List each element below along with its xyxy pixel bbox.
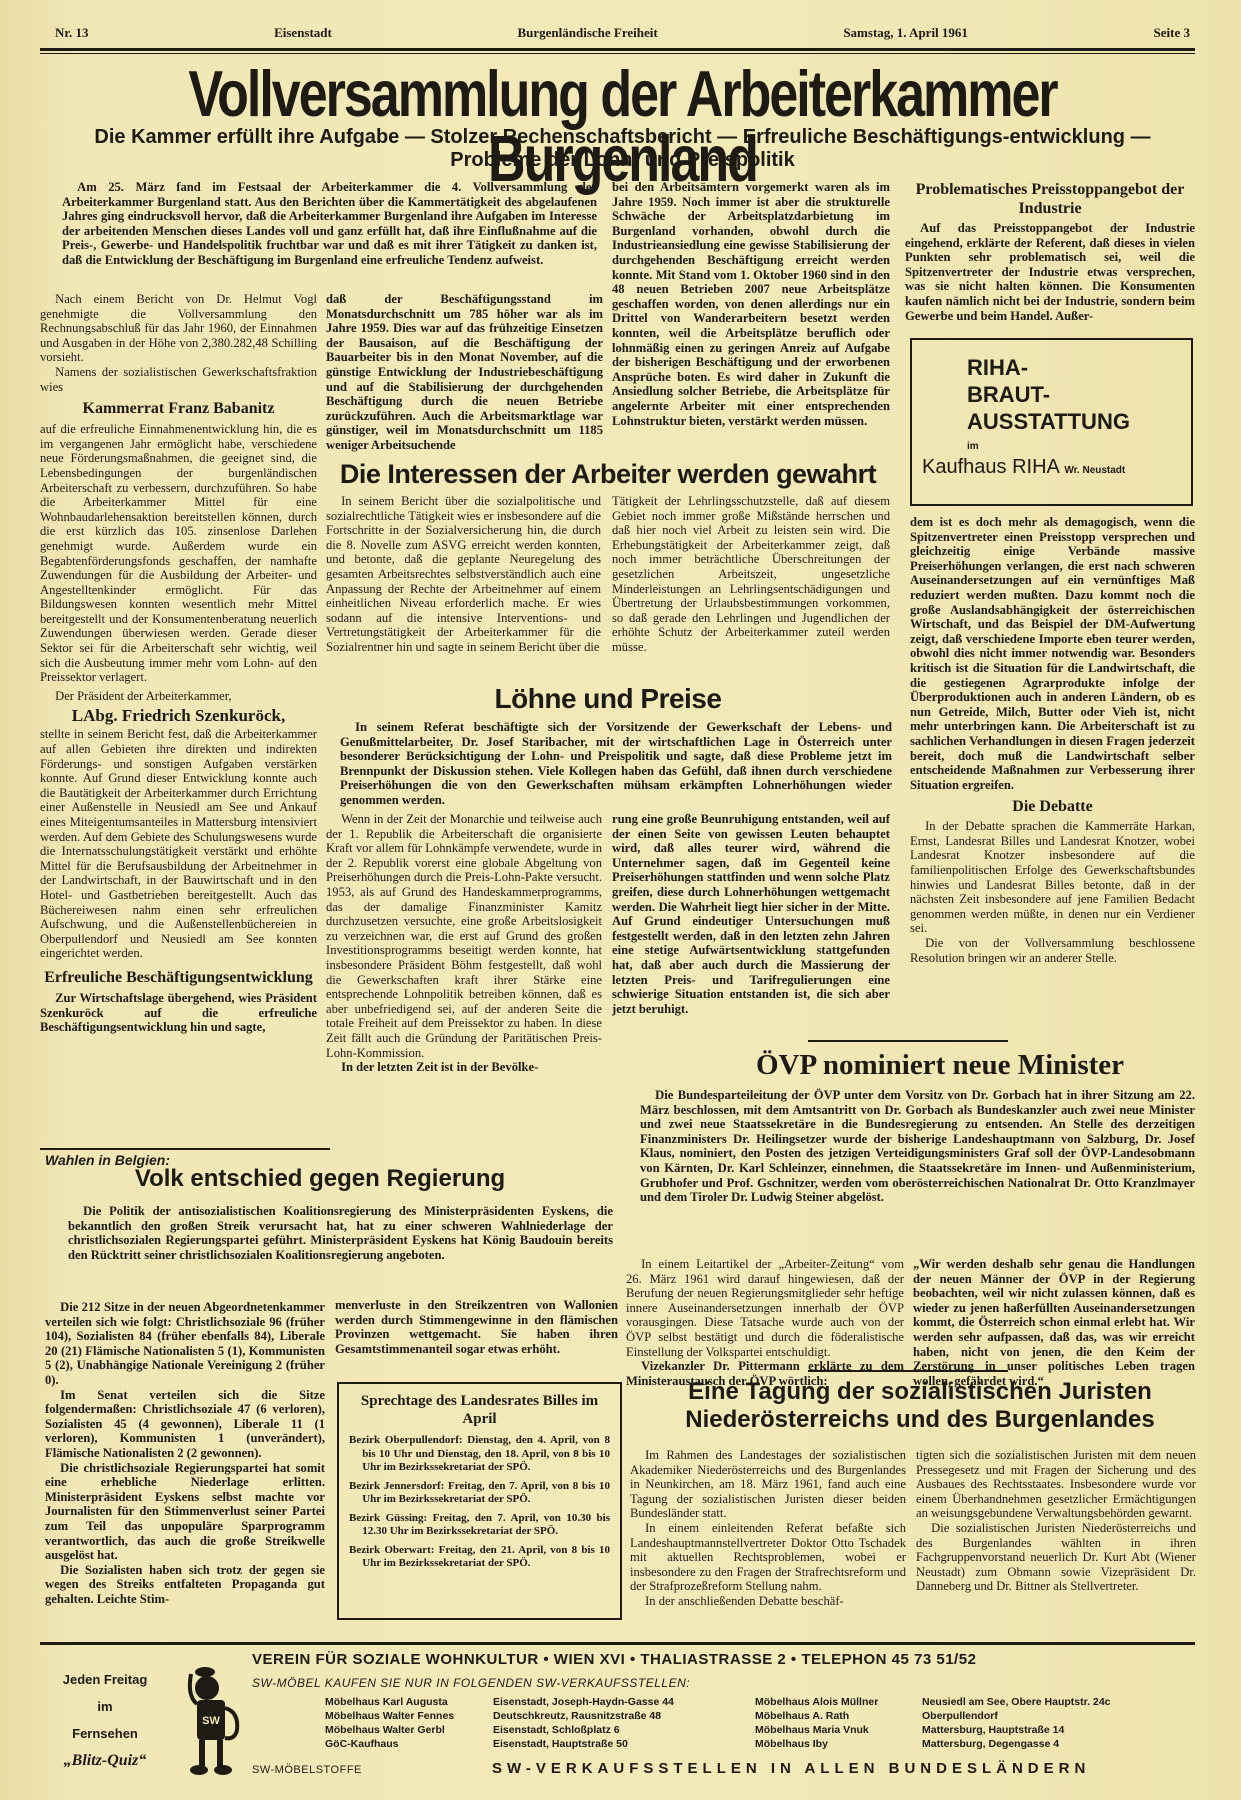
sprechtage-item: Bezirk Jennersdorf: Freitag, den 7. Apri… (349, 1480, 610, 1507)
sw-stores-left-addresses: Eisenstadt, Joseph-Haydn-Gasse 44 Deutsc… (493, 1695, 743, 1751)
paragraph: tigten sich die sozialistischen Juristen… (916, 1448, 1196, 1521)
paragraph: dem ist es doch mehr als demagogisch, we… (910, 515, 1195, 792)
oevp-col-b: „Wir werden deshalb sehr genau die Handl… (913, 1257, 1195, 1388)
section-rule (808, 1370, 1008, 1372)
paragraph: Die Sozialisten haben sich trotz der geg… (45, 1563, 325, 1607)
juristen-col-a: Im Rahmen des Landestages der sozialisti… (630, 1448, 906, 1609)
paragraph: Auf das Preisstoppangebot der Industrie … (905, 221, 1195, 323)
masthead: Nr. 13 Eisenstadt Burgenländische Freihe… (55, 18, 1190, 48)
paragraph: Die 212 Sitze in der neuen Abgeordnetenk… (45, 1300, 325, 1388)
store-name: Möbelhaus Walter Fennes (325, 1709, 495, 1723)
paragraph: Wenn in der Zeit der Monarchie und teilw… (326, 812, 602, 1060)
column-rule (40, 1148, 330, 1150)
ad-top-rule (40, 1642, 1195, 1645)
riha-line1: RIHA- (967, 354, 1191, 381)
subhead-beschaeftigung: Erfreuliche Beschäftigungsentwicklung (40, 969, 317, 987)
sprechtage-item: Bezirk Oberwart: Freitag, den 21. April,… (349, 1544, 610, 1571)
sw-stores-left-names: Möbelhaus Karl Augusta Möbelhaus Walter … (325, 1695, 495, 1751)
paragraph: Der Präsident der Arbeiterkammer, (40, 689, 317, 704)
sw-left-line4: „Blitz-Quiz“ (40, 1747, 170, 1774)
sw-header: VEREIN FÜR SOZIALE WOHNKULTUR • WIEN XVI… (252, 1651, 1202, 1668)
store-name: Möbelhaus A. Rath (755, 1709, 925, 1723)
lead-column-2: daß der Beschäftigungsstand im Monatsdur… (326, 292, 603, 453)
riha-advertisement: RIHA- BRAUT- AUSSTATTUNG im Kaufhaus RIH… (910, 338, 1193, 506)
loehne-headline: Löhne und Preise (326, 682, 890, 716)
paragraph: In einem einleitenden Referat befaßte si… (630, 1521, 906, 1594)
sprechtage-item: Bezirk Güssing: Freitag, den 7. April, v… (349, 1512, 610, 1539)
store-address: Oberpullendorf (922, 1709, 1192, 1723)
sprechtage-box: Sprechtage des Landesrates Billes im Apr… (337, 1382, 622, 1620)
store-address: Neusiedl am See, Obere Hauptstr. 24c (922, 1695, 1192, 1709)
belgien-headline: Volk entschied gegen Regierung (40, 1164, 600, 1194)
paragraph: Zur Wirtschaftslage übergehend, wies Prä… (40, 991, 317, 1035)
paragraph: In einem Leitartikel der „Arbeiter-Zeitu… (626, 1257, 904, 1359)
loehne-col-a: Wenn in der Zeit der Monarchie und teilw… (326, 812, 602, 1075)
loehne-intro: In seinem Referat beschäftigte sich der … (340, 720, 892, 808)
store-name: GöC-Kaufhaus (325, 1737, 495, 1751)
paragraph: Nach einem Bericht von Dr. Helmut Vogl g… (40, 292, 317, 365)
riha-store-line: Kaufhaus RIHA Wr. Neustadt (922, 456, 1191, 479)
riha-line3: AUSSTATTUNG (967, 408, 1191, 435)
store-address: Eisenstadt, Joseph-Haydn-Gasse 44 (493, 1695, 743, 1709)
store-address: Mattersburg, Hauptstraße 14 (922, 1723, 1192, 1737)
store-name: Möbelhaus Iby (755, 1737, 925, 1751)
belgien-intro: Die Politik der antisozialistischen Koal… (68, 1204, 613, 1262)
sw-stores-right-addresses: Neusiedl am See, Obere Hauptstr. 24c Obe… (922, 1695, 1192, 1751)
oevp-intro: Die Bundesparteileitung der ÖVP unter de… (640, 1088, 1195, 1205)
preisstopp-continued: dem ist es doch mehr als demagogisch, we… (910, 515, 1195, 965)
paragraph: Die sozialistischen Juristen Niederöster… (916, 1521, 1196, 1594)
lead-intro: Am 25. März fand im Festsaal der Arbeite… (62, 180, 597, 268)
interessen-col-a: In seinem Bericht über die sozialpolitis… (326, 494, 601, 655)
paragraph: In der anschließenden Debatte beschäf- (630, 1594, 906, 1609)
store-address: Deutschkreutz, Rausnitzstraße 48 (493, 1709, 743, 1723)
store-name: Möbelhaus Alois Müllner (755, 1695, 925, 1709)
juristen-headline: Eine Tagung der sozialistischen Juristen… (640, 1378, 1200, 1434)
sw-stores-right-names: Möbelhaus Alois Müllner Möbelhaus A. Rat… (755, 1695, 925, 1751)
store-name: Möbelhaus Karl Augusta (325, 1695, 495, 1709)
newspaper-page: Nr. 13 Eisenstadt Burgenländische Freihe… (0, 0, 1241, 1800)
paragraph: auf die erfreuliche Einnahmenentwicklung… (40, 422, 317, 685)
sw-subheader: SW-MÖBEL KAUFEN SIE NUR IN FOLGENDEN SW-… (252, 1676, 690, 1690)
paragraph: Namens der sozialistischen Gewerkschafts… (40, 365, 317, 394)
section-rule (808, 1040, 1008, 1042)
loehne-col-b: rung eine große Beunruhigung entstanden,… (612, 812, 890, 1016)
riha-city: Wr. Neustadt (1064, 465, 1125, 476)
paragraph: Die von der Vollversammlung beschlossene… (910, 936, 1195, 965)
sw-left-line3: Fernsehen (40, 1720, 170, 1747)
svg-text:SW: SW (202, 1715, 220, 1727)
issue-number: Nr. 13 (55, 25, 88, 41)
subhead-babanitz: Kammerrat Franz Babanitz (40, 400, 317, 418)
paragraph: stellte in seinem Bericht fest, daß die … (40, 727, 317, 961)
paragraph: In der Debatte sprachen die Kammerräte H… (910, 819, 1195, 936)
riha-store: Kaufhaus RIHA (922, 456, 1059, 478)
riha-line2: BRAUT- (967, 381, 1191, 408)
debatte-headline: Die Debatte (910, 798, 1195, 816)
belgien-col-a: Die 212 Sitze in der neuen Abgeordnetenk… (45, 1300, 325, 1606)
store-address: Eisenstadt, Schloßplatz 6 (493, 1723, 743, 1737)
page-number: Seite 3 (1154, 25, 1190, 41)
sprechtage-title: Sprechtage des Landesrates Billes im Apr… (349, 1392, 610, 1428)
masthead-rule-thin (40, 53, 1195, 54)
preisstopp-section: Problematisches Preisstoppangebot der In… (905, 180, 1195, 323)
lead-subhead: Die Kammer erfüllt ihre Aufgabe — Stolze… (55, 126, 1190, 172)
store-name: Möbelhaus Walter Gerbl (325, 1723, 495, 1737)
oevp-col-a: In einem Leitartikel der „Arbeiter-Zeitu… (626, 1257, 904, 1388)
paper-name: Burgenländische Freiheit (517, 25, 657, 41)
lead-column-3: bei den Arbeitsämtern vorgemerkt waren a… (612, 180, 890, 428)
riha-im: im (967, 441, 1191, 452)
sprechtage-item: Bezirk Oberpullendorf: Dienstag, den 4. … (349, 1434, 610, 1475)
sw-ad-left: Jeden Freitag im Fernsehen „Blitz-Quiz“ (40, 1666, 170, 1774)
sw-stoffe: SW-MÖBELSTOFFE (252, 1764, 362, 1776)
interessen-headline: Die Interessen der Arbeiter werden gewah… (326, 458, 890, 490)
interessen-col-b: Tätigkeit der Lehrlingsschutzstelle, daß… (612, 494, 890, 655)
sw-footer: SW-VERKAUFSSTELLEN IN ALLEN BUNDESLÄNDER… (492, 1760, 1090, 1777)
paragraph: Im Rahmen des Landestages der sozialisti… (630, 1448, 906, 1521)
belgien-col-b: menverluste in den Streikzentren von Wal… (335, 1298, 618, 1356)
store-address: Mattersburg, Degengasse 4 (922, 1737, 1192, 1751)
paragraph: Im Senat verteilen sich die Sitze folgen… (45, 1388, 325, 1461)
oevp-headline: ÖVP nominiert neue Minister (640, 1048, 1240, 1082)
juristen-col-b: tigten sich die sozialistischen Juristen… (916, 1448, 1196, 1594)
preisstopp-headline: Problematisches Preisstoppangebot der In… (905, 180, 1195, 218)
lead-column-1: Nach einem Bericht von Dr. Helmut Vogl g… (40, 292, 317, 1035)
masthead-rule (40, 48, 1195, 51)
store-name: Möbelhaus Maria Vnuk (755, 1723, 925, 1737)
sw-mascot-icon: SW (183, 1662, 245, 1780)
paragraph: In der letzten Zeit ist in der Bevölke- (326, 1060, 602, 1075)
subhead-szenkuroeck: LAbg. Friedrich Szenkuröck, (40, 707, 317, 725)
paragraph: Die christlichsoziale Regierungspartei h… (45, 1461, 325, 1563)
place: Eisenstadt (274, 25, 332, 41)
sw-left-line2: im (40, 1693, 170, 1720)
date: Samstag, 1. April 1961 (843, 25, 968, 41)
sw-left-line1: Jeden Freitag (40, 1666, 170, 1693)
store-address: Eisenstadt, Hauptstraße 50 (493, 1737, 743, 1751)
